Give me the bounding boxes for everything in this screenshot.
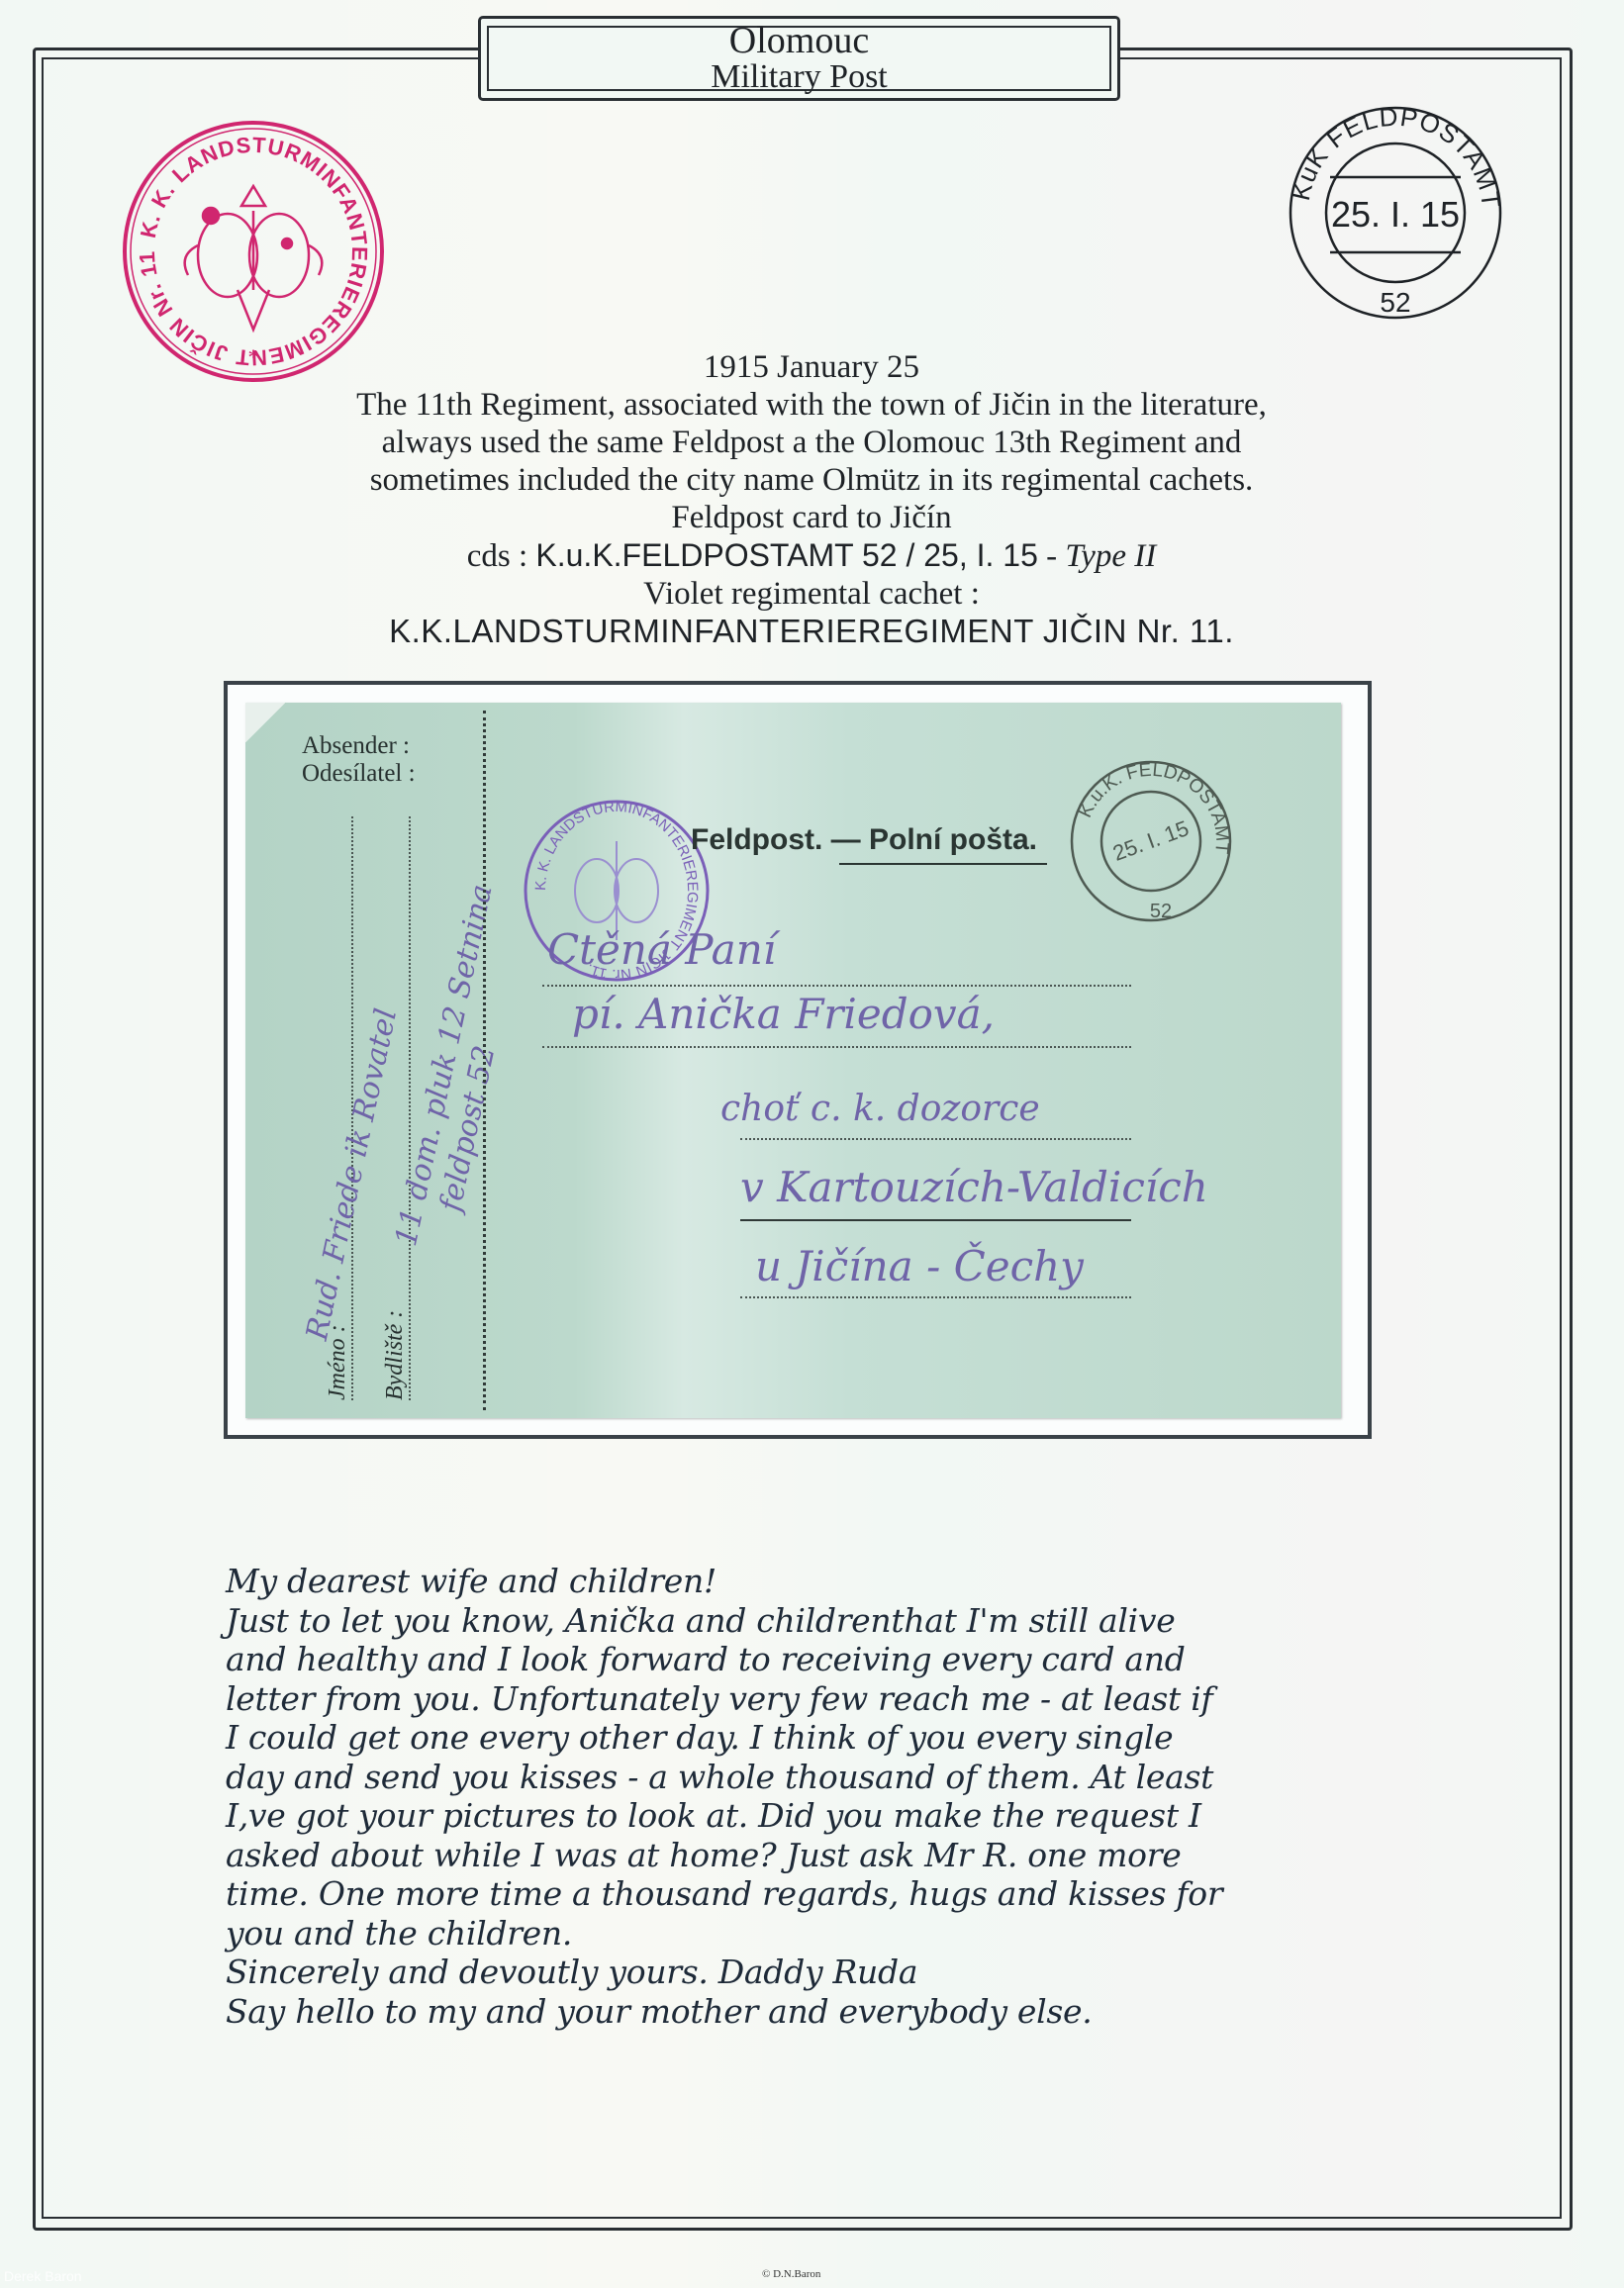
- letter-line: you and the children.: [226, 1914, 1433, 1954]
- letter-line: Just to let you know, Anička and childre…: [226, 1601, 1433, 1641]
- sender-label-de: Absender :: [302, 732, 416, 760]
- address-line-2: [542, 1046, 1131, 1048]
- address-title: choť c. k. dozorce: [720, 1089, 1040, 1129]
- svg-text:52: 52: [1150, 901, 1172, 922]
- sender-label-cz: Odesílatel :: [302, 760, 416, 788]
- cachet-value: K.K.LANDSTURMINFANTERIEREGIMENT JIČIN Nr…: [198, 613, 1425, 650]
- description-block: 1915 January 25 The 11th Regiment, assoc…: [198, 348, 1425, 650]
- svg-text:25. I. 15: 25. I. 15: [1109, 815, 1192, 866]
- card-folded-corner: [245, 703, 285, 742]
- postmark-date: 25. I. 15: [1331, 194, 1460, 235]
- postmark-number: 52: [1380, 287, 1410, 318]
- letter-line: Sincerely and devoutly yours. Daddy Ruda: [226, 1953, 1433, 1992]
- cds-line: cds : K.u.K.FELDPOSTAMT 52 / 25, I. 15 -…: [198, 536, 1425, 575]
- regimental-seal-icon: K. K. LANDSTURMINFANTERIEREGIMENT JIČIN …: [119, 117, 388, 386]
- description-line: always used the same Feldpost a the Olom…: [198, 424, 1425, 461]
- address-line-4: [740, 1219, 1131, 1221]
- address-town: v Kartouzích-Valdicích: [740, 1163, 1208, 1211]
- address-salutation: Ctěná Paní: [547, 925, 776, 974]
- postcard: Absender : Odesílatel : Jméno : Bydliště…: [245, 703, 1341, 1418]
- page-subtitle: Military Post: [711, 59, 888, 95]
- description-date: 1915 January 25: [198, 348, 1425, 386]
- seal-text: K. K. LANDSTURMINFANTERIEREGIMENT JIČIN …: [119, 117, 372, 370]
- letter-line: Say hello to my and your mother and ever…: [226, 1992, 1433, 2032]
- page-title: Olomouc: [729, 22, 869, 59]
- title-box: Olomouc Military Post: [478, 16, 1120, 101]
- letter-line: asked about while I was at home? Just as…: [226, 1836, 1433, 1875]
- cds-label: cds :: [467, 538, 527, 574]
- letter-line: time. One more time a thousand regards, …: [226, 1874, 1433, 1914]
- letter-line: My dearest wife and children!: [226, 1562, 1433, 1601]
- ornament-divider: [839, 863, 1047, 865]
- letter-line: letter from you. Unfortunately very few …: [226, 1679, 1433, 1719]
- card-divider: [483, 711, 486, 1410]
- card-postmark-icon: K.u.K. FELDPOSTAMT 25. I. 15 52: [1067, 757, 1235, 925]
- residence-label: Bydliště :: [382, 1310, 409, 1400]
- cachet-label: Violet regimental cachet :: [198, 575, 1425, 613]
- address-line-1: [542, 985, 1131, 987]
- letter-line: day and send you kisses - a whole thousa…: [226, 1758, 1433, 1797]
- postcard-frame: Absender : Odesílatel : Jméno : Bydliště…: [224, 681, 1372, 1439]
- sender-labels: Absender : Odesílatel :: [302, 732, 416, 788]
- letter-line: and healthy and I look forward to receiv…: [226, 1640, 1433, 1679]
- address-name: pí. Anička Friedová,: [572, 990, 995, 1038]
- address-line-5: [740, 1296, 1131, 1298]
- residence-dotted-line: [409, 816, 411, 1400]
- double-headed-eagle-icon: [185, 186, 323, 330]
- address-line-3: [740, 1138, 1131, 1140]
- cds-type: - Type II: [1046, 538, 1156, 574]
- feldpostamt-postmark-icon: KuK FELDPOSTAMT 25. I. 15 52: [1287, 104, 1504, 322]
- letter-line: I,ve got your pictures to look at. Did y…: [226, 1796, 1433, 1836]
- address-region: u Jičína - Čechy: [755, 1242, 1084, 1290]
- description-line: sometimes included the city name Olmütz …: [198, 461, 1425, 499]
- description-line: Feldpost card to Jičín: [198, 499, 1425, 536]
- copyright-footer: © D.N.Baron: [762, 2268, 820, 2280]
- description-line: The 11th Regiment, associated with the t…: [198, 386, 1425, 424]
- svg-text:K. K. LANDSTURMINFANTERIEREGIM: K. K. LANDSTURMINFANTERIEREGIMENT JIČIN …: [119, 117, 372, 370]
- letter-translation: My dearest wife and children! Just to le…: [226, 1562, 1433, 2031]
- letter-line: I could get one every other day. I think…: [226, 1718, 1433, 1758]
- feldpost-header: Feldpost. — Polní pošta.: [691, 823, 1037, 857]
- watermark: Derek Baron: [4, 2268, 82, 2284]
- cds-value: K.u.K.FELDPOSTAMT 52 / 25, I. 15: [535, 537, 1037, 573]
